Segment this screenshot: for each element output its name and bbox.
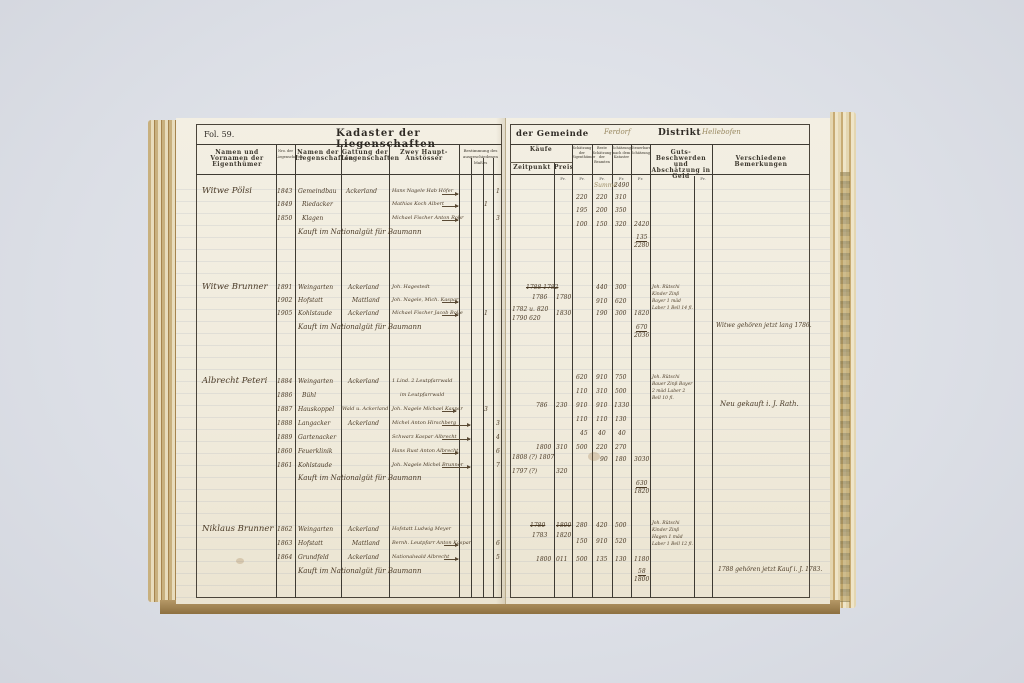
row-total: 2420 — [634, 221, 649, 228]
parcel-name: Klagen — [302, 215, 323, 222]
value: 110 — [576, 388, 587, 395]
parcel-name: Bühl — [302, 392, 316, 399]
measure-mark: 6 — [496, 448, 500, 455]
measure-mark: 1 — [484, 310, 488, 317]
ledger-title: Kadaster der Liegenschaften — [336, 128, 505, 150]
purchase-date: 1783 — [532, 532, 547, 539]
value: 300 — [615, 310, 626, 317]
value: 620 — [576, 374, 587, 381]
parcel-nr: 1864 — [277, 554, 292, 561]
parcel-nr: 1850 — [277, 215, 292, 222]
value: 1330 — [614, 402, 629, 409]
col-header-official-estimate: Beste Schätzung der Beamten — [592, 146, 612, 164]
row-total: 1820 — [634, 310, 649, 317]
parcel-kind: Ackerland — [348, 526, 379, 533]
parcel-neighbors: Joh. Hagestedt — [392, 284, 430, 290]
parcel-name: Weingarten — [298, 284, 333, 291]
parcel-nr: 1887 — [277, 406, 292, 413]
parcel-neighbors: im Leutpfarrwald — [400, 392, 444, 398]
entry-total: 1800 — [634, 576, 649, 583]
currency-unit: Fr. — [554, 176, 572, 181]
purchase-date: 1800 — [536, 556, 551, 563]
parcel-nr: 1849 — [277, 201, 292, 208]
value: 190 — [596, 310, 607, 317]
measure-mark: 7 — [496, 462, 500, 469]
purchase-date: 786 — [536, 402, 547, 409]
value: 620 — [615, 298, 626, 305]
value: 420 — [596, 522, 607, 529]
measure-mark: 6 — [496, 540, 500, 547]
parcel-name: Hofstatt — [298, 540, 323, 547]
parcel-nr: 1843 — [277, 188, 292, 195]
parcel-nr: 1863 — [277, 540, 292, 547]
parcel-kind: Wald u. Ackerland — [342, 406, 388, 412]
parcel-name: Weingarten — [298, 526, 333, 533]
distrikt-label: Distrikt — [658, 128, 701, 138]
parcel-nr: 1905 — [277, 310, 292, 317]
purchase-date: 1786 — [532, 294, 547, 301]
parcel-name: Gartenacker — [298, 434, 336, 441]
parcel-kind: Ackerland — [348, 554, 379, 561]
parcel-nr: 1860 — [277, 448, 292, 455]
subtotal: 630 — [636, 480, 647, 488]
row-total: 1180 — [634, 556, 649, 563]
entry-total: 2280 — [634, 242, 649, 249]
owner-name: Witwe Pölsi — [202, 186, 252, 196]
gemeinde-label: der Gemeinde — [516, 129, 589, 139]
measure-mark: 1 — [484, 201, 488, 208]
parcel-name: Grundfeld — [298, 554, 329, 561]
parcel-nr: 1891 — [277, 284, 292, 291]
purchase-price: 1800 — [556, 522, 571, 529]
value: 500 — [576, 444, 587, 451]
entry-total: 1820 — [634, 488, 649, 495]
value: 310 — [615, 194, 626, 201]
col-header-remarks: Verschiedene Bemerkungen — [712, 156, 810, 168]
acquisition-note: Kauft im Nationalgüt für Baumann — [298, 323, 421, 331]
value: 110 — [576, 416, 587, 423]
value: 910 — [576, 402, 587, 409]
value: 500 — [615, 388, 626, 395]
value: 910 — [596, 374, 607, 381]
measure-mark: 3 — [496, 215, 500, 222]
right-page-stack — [830, 112, 856, 608]
purchase-price: 230 — [556, 402, 567, 409]
col-header-measure: Bestimmung des ausgeschiedenen Maßes — [459, 148, 502, 166]
parcel-name: Feuerklinik — [298, 448, 333, 455]
open-ledger-book: Fol. 59. Kadaster der Liegenschaften Nam… — [140, 108, 860, 614]
purchase-date: 1797 (?) — [512, 468, 537, 475]
value: 135 — [596, 556, 607, 563]
left-page: Fol. 59. Kadaster der Liegenschaften Nam… — [176, 118, 506, 604]
purchase-price: 011 — [556, 556, 567, 563]
col-header-neighbors: Zwey Haupt-Anstösser — [389, 150, 459, 162]
measure-mark: 3 — [496, 420, 500, 427]
value: 270 — [615, 444, 626, 451]
parcel-nr: 1884 — [277, 378, 292, 385]
value: 320 — [615, 221, 626, 228]
value: 40 — [598, 430, 606, 437]
acquisition-note: Kauft im Nationalgüt für Baumann — [298, 567, 421, 575]
parcel-name: Gemeindbau — [298, 188, 337, 195]
parcel-kind: Ackerland — [348, 310, 379, 317]
parcel-nr: 1862 — [277, 526, 292, 533]
purchase-price: 1780 — [556, 294, 571, 301]
col-header-kind: Gattung der Liegenschaften — [341, 150, 389, 162]
value: 220 — [596, 444, 607, 451]
parcel-name: Riedacker — [302, 201, 333, 208]
currency-unit: Fr. — [631, 176, 650, 181]
parcel-kind: Ackerland — [346, 188, 377, 195]
purchase-price: 1820 — [556, 532, 571, 539]
parcel-kind: Ackerland — [348, 284, 379, 291]
acquisition-note: Kauft im Nationalgüt für Baumann — [298, 474, 421, 482]
value: 2490 — [614, 182, 629, 189]
parcel-name: Hauskoppel — [298, 406, 334, 413]
value: 45 — [580, 430, 588, 437]
measure-mark: 1 — [496, 188, 500, 195]
distrikt-value: Hellebofen — [702, 128, 741, 136]
measure-mark: 3 — [484, 406, 488, 413]
value: 130 — [615, 556, 626, 563]
parcel-nr: 1902 — [277, 297, 292, 304]
parcel-name: Hofstatt — [298, 297, 323, 304]
acquisition-note: Kauft im Nationalgüt für Baumann — [298, 228, 421, 236]
value: 150 — [596, 221, 607, 228]
value: 100 — [576, 221, 587, 228]
parcel-name: Kohlstaude — [298, 462, 332, 469]
remark: 1788 gehören jetzt Kauf i. J. 1783. — [718, 566, 822, 573]
currency-unit: Fr. — [592, 176, 612, 181]
value: 90 — [600, 456, 608, 463]
value: 180 — [615, 456, 626, 463]
charges-note: Joh. Rütschi Bauer Zinß Bayer 2 mäd Labe… — [652, 374, 694, 402]
value: 350 — [615, 207, 626, 214]
value: 500 — [576, 556, 587, 563]
value: 910 — [596, 298, 607, 305]
subtotal: 670 — [636, 324, 647, 332]
owner-name: Albrecht Peteri — [202, 376, 267, 386]
purchase-date: 1790 620 — [512, 315, 541, 322]
value: 220 — [576, 194, 587, 201]
parcel-neighbors: Hofstatt Ludwig Meyer — [392, 526, 451, 532]
value: 195 — [576, 207, 587, 214]
value: 750 — [615, 374, 626, 381]
currency-unit: Fr. — [694, 176, 712, 181]
owner-name: Niklaus Brunner — [202, 524, 273, 534]
value: 440 — [596, 284, 607, 291]
parcel-nr: 1886 — [277, 392, 292, 399]
value: 910 — [596, 538, 607, 545]
col-header-owner: Namen und Vornamen der Eigenthümer — [198, 150, 276, 168]
row-total: 3030 — [634, 456, 649, 463]
parcel-nr: 1861 — [277, 462, 292, 469]
col-header-purchases: Käufe — [510, 147, 572, 153]
col-header-date: Zeitpunkt — [510, 165, 554, 171]
parcel-nr: 1889 — [277, 434, 292, 441]
measure-mark: 5 — [496, 554, 500, 561]
entry-total: 2036 — [634, 332, 649, 339]
currency-unit: Fr. — [572, 176, 592, 181]
value: 200 — [596, 207, 607, 214]
col-header-owner-estimate: Schätzung der Eigenthümer — [572, 146, 592, 160]
charges-note: Joh. Rütschi Kinder Zinß Hagen 1 mäd Lab… — [652, 520, 694, 548]
purchase-date: 1800 — [536, 444, 551, 451]
col-header-cadastre-estimate: Schätzung nach dem Kataster — [612, 146, 631, 160]
value: 910 — [596, 402, 607, 409]
folio-number: Fol. 59. — [204, 130, 234, 139]
gemeinde-value: Ferdorf — [604, 128, 631, 136]
parcel-neighbors: Bernh. Leutpfarr Anton Kaspar — [392, 540, 471, 546]
parcel-nr: 1888 — [277, 420, 292, 427]
parcel-neighbors: 1 Lind. 2 Leutpfarrwald — [392, 378, 452, 384]
parcel-kind: Mattland — [352, 297, 380, 304]
parcel-name: Kohlstaude — [298, 310, 332, 317]
col-header-price: Preis — [554, 165, 572, 171]
purchase-date: 1782 u. 820 — [512, 306, 548, 313]
purchase-price: 310 — [556, 444, 567, 451]
col-header-nr: Nro. der Liegenschaften — [276, 148, 295, 160]
parcel-neighbors: Mathias Koch Albert — [392, 201, 444, 207]
owner-name: Witwe Brunner — [202, 282, 268, 292]
value: 520 — [615, 538, 626, 545]
charges-note: Joh. Rütschi Kinder Zinß Bayer 1 mäd Lab… — [652, 284, 694, 312]
purchase-price: 320 — [556, 468, 567, 475]
value: 40 — [618, 430, 626, 437]
remark: Neu gekauft i. J. Rath. — [720, 400, 799, 408]
value: 220 — [596, 194, 607, 201]
parcel-kind: Ackerland — [348, 378, 379, 385]
currency-unit: Fr. — [612, 176, 631, 181]
remark: Witwe gehören jetzt lang 1786. — [716, 322, 812, 329]
parcel-kind: Ackerland — [348, 420, 379, 427]
value: 110 — [596, 416, 607, 423]
parcel-neighbors: Nationalwald Albrecht — [392, 554, 449, 560]
purchase-date: 1788 1782 — [526, 284, 558, 291]
parcel-name: Weingarten — [298, 378, 333, 385]
value: 310 — [596, 388, 607, 395]
purchase-price: 1830 — [556, 310, 571, 317]
right-page: der Gemeinde Ferdorf Distrikt Hellebofen… — [506, 118, 830, 604]
value: 300 — [615, 284, 626, 291]
value: 130 — [615, 416, 626, 423]
value: 150 — [576, 538, 587, 545]
value: 500 — [615, 522, 626, 529]
subtotal: 135 — [636, 234, 647, 242]
value: 280 — [576, 522, 587, 529]
purchase-date: 1808 (?) 1807 — [512, 454, 554, 461]
col-header-name: Namen der Liegenschaften — [295, 150, 341, 162]
purchase-date: 1780 — [530, 522, 545, 529]
subtotal: 58 — [638, 568, 646, 576]
parcel-kind: Mattland — [352, 540, 380, 547]
col-header-taxable-estimate: Steuerbare Schätzung — [631, 146, 650, 155]
measure-mark: 4 — [496, 434, 500, 441]
parcel-name: Langacker — [298, 420, 330, 427]
